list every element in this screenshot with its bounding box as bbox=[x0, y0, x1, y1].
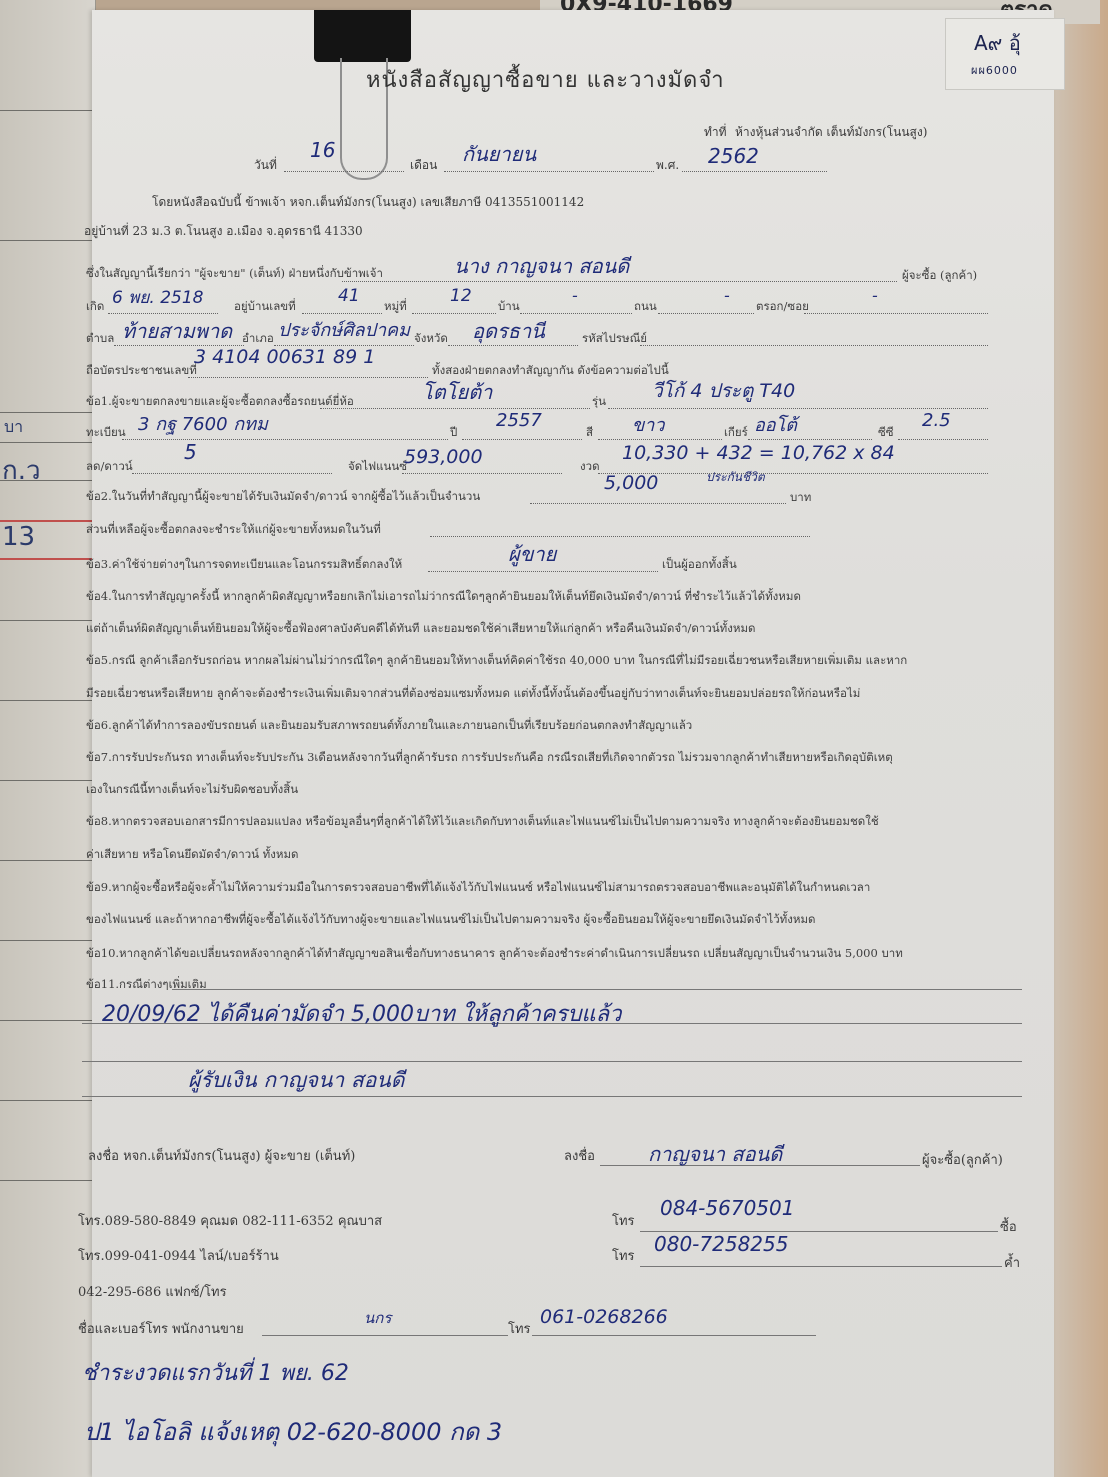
clause-line: ข้อ5.กรณี ลูกค้าเลือกรับรถก่อน หากผลไม่ผ… bbox=[86, 652, 907, 670]
clause1-down-value: 5 bbox=[184, 440, 197, 464]
clause1-year-label: ปี bbox=[450, 424, 457, 442]
buyer-intro-label: ซึ่งในสัญญานี้เรียกว่า "ผู้จะขาย" (เต็นท… bbox=[86, 265, 383, 283]
road-value: - bbox=[724, 286, 730, 305]
document-tag: A๙ อุ้ ผผ6000 bbox=[945, 18, 1065, 90]
day-value: 16 bbox=[310, 138, 335, 162]
first-installment-note: ชำระงวดแรกวันที่ 1 พย. 62 bbox=[82, 1355, 349, 1390]
clause3-suffix: เป็นผู้ออกทั้งสิ้น bbox=[662, 556, 737, 574]
clause-line: ข้อ10.หากลูกค้าได้ขอเปลี่ยนรถหลังจากลูกค… bbox=[86, 945, 903, 963]
clause1-gear-label: เกียร์ bbox=[724, 424, 748, 442]
id-value: 3 4104 00631 89 1 bbox=[194, 346, 375, 368]
handwritten-note-refund: 20/09/62 ได้คืนค่ามัดจำ 5,000บาท ให้ลูกค… bbox=[102, 996, 621, 1031]
year-value: 2562 bbox=[708, 144, 759, 168]
clause2-unit: บาท bbox=[790, 489, 811, 507]
guarantor-phone-label: โทร bbox=[612, 1245, 635, 1266]
soi-value: - bbox=[872, 286, 878, 305]
binder-clip bbox=[314, 10, 411, 62]
clause-line: ข้อ11.กรณีต่างๆเพิ่มเติม bbox=[86, 976, 207, 994]
buyer-signature-prefix: ลงชื่อ bbox=[564, 1145, 595, 1166]
clause-line: ของไฟแนนซ์ และถ้าหากอาชีพที่ผู้จะซื้อได้… bbox=[86, 911, 816, 929]
left-scribble-2: ก.ว bbox=[2, 450, 41, 491]
clause-line: มีรอยเฉี่ยวชนหรือเสียหาย ลูกค้าจะต้องชำร… bbox=[86, 685, 860, 703]
handwritten-note-receiver: ผู้รับเงิน กาญจนา สอนดี bbox=[188, 1064, 404, 1097]
clause1-gear-value: ออโต้ bbox=[754, 410, 797, 439]
buyer-role-label: ผู้จะซื้อ (ลูกค้า) bbox=[902, 267, 977, 285]
road-label: ถนน bbox=[634, 298, 657, 316]
postcode-label: รหัสไปรษณีย์ bbox=[582, 330, 647, 348]
address-line: อยู่บ้านที่ 23 ม.3 ต.โนนสูง อ.เมือง จ.อุ… bbox=[84, 222, 363, 241]
salesperson-label: ชื่อและเบอร์โทร พนักงานขาย bbox=[78, 1318, 244, 1339]
contact-line-2: โทร.099-041-0944 ไลน์/เบอร์ร้าน bbox=[78, 1245, 279, 1266]
clause1-finance-value: 593,000 bbox=[404, 446, 483, 468]
birth-label: เกิด bbox=[86, 298, 104, 316]
tag-code: A๙ อุ้ bbox=[974, 27, 1021, 59]
left-scribble-1: บา bbox=[4, 415, 23, 440]
contact-line-1: โทร.089-580-8849 คุณมด 082-111-6352 คุณบ… bbox=[78, 1210, 382, 1231]
clause2-text: ข้อ2.ในวันที่ทำสัญญานี้ผู้จะขายได้รับเงิ… bbox=[86, 488, 480, 506]
clause1-installment-note: ประกันชีวิต bbox=[706, 468, 765, 487]
left-scribble-3: 13 bbox=[2, 522, 35, 552]
moo-value: 12 bbox=[450, 286, 472, 306]
contact-line-3: 042-295-686 แฟกซ์/โทร bbox=[78, 1281, 227, 1302]
clause1-cc-label: ซีซี bbox=[878, 424, 894, 442]
clause1-installment-label: งวด bbox=[580, 458, 600, 476]
tag-number: ผผ6000 bbox=[971, 61, 1018, 79]
salesperson-phone-label: โทร bbox=[508, 1318, 531, 1339]
place-label: ทำที่ bbox=[704, 123, 727, 142]
clause1-down-label: ลด/ดาวน์ bbox=[86, 458, 133, 476]
clause1-color-label: สี bbox=[586, 424, 593, 442]
clause1-plate-label: ทะเบียน bbox=[86, 424, 126, 442]
buyer-name-value: นาง กาญจนา สอนดี bbox=[454, 250, 629, 282]
day-label: วันที่ bbox=[254, 156, 277, 175]
moo-label: หมู่ที่ bbox=[384, 298, 407, 316]
clause2-remaining-text: ส่วนที่เหลือผู้จะซื้อตกลงจะชำระให้แก่ผู้… bbox=[86, 521, 381, 539]
subdistrict-label: ตำบล bbox=[86, 330, 114, 348]
province-value: อุดรธานี bbox=[472, 315, 545, 347]
id-label: ถือบัตรประชาชนเลขที่ bbox=[86, 362, 197, 380]
seller-signature-label: ลงชื่อ หจก.เต็นท์มังกร(โนนสูง) ผู้จะขาย … bbox=[88, 1145, 355, 1166]
clause1-installment-value: 10,330 + 432 = 10,762 x 84 bbox=[622, 442, 895, 464]
clause1-plate-value: 3 กฐ 7600 กทม bbox=[138, 409, 268, 438]
clause-line: ข้อ8.หากตรวจสอบเอกสารมีการปลอมแปลง หรือข… bbox=[86, 813, 879, 831]
district-value: ประจักษ์ศิลปาคม bbox=[278, 315, 410, 344]
village-label: บ้าน bbox=[498, 298, 520, 316]
clause1-year-value: 2557 bbox=[496, 410, 542, 431]
clause-line: แต่ถ้าเต็นท์ผิดสัญญาเต็นท์ยินยอมให้ผู้จะ… bbox=[86, 620, 756, 638]
clause2-amount: 5,000 bbox=[604, 472, 658, 494]
clause-line: เองในกรณีนี้ทางเต็นท์จะไม่รับผิดชอบทั้งส… bbox=[86, 781, 298, 799]
buyer-phone-value: 084-5670501 bbox=[660, 1196, 794, 1220]
birth-value: 6 พย. 2518 bbox=[112, 284, 203, 311]
document-title: หนังสือสัญญาซื้อขาย และวางมัดจำ bbox=[366, 62, 725, 97]
province-label: จังหวัด bbox=[414, 330, 448, 348]
clause3-text: ข้อ3.ค่าใช้จ่ายต่างๆในการจดทะเบียนและโอน… bbox=[86, 556, 402, 574]
clause1-model-label: รุ่น bbox=[592, 393, 606, 411]
buyer-phone-label: โทร bbox=[612, 1210, 635, 1231]
buyer-signature-suffix: ผู้จะซื้อ(ลูกค้า) bbox=[922, 1149, 1003, 1170]
soi-label: ตรอก/ซอย bbox=[756, 298, 809, 316]
house-no-value: 41 bbox=[338, 286, 360, 306]
clause1-brand-value: โตโยต้า bbox=[422, 376, 492, 408]
clause1-color-value: ขาว bbox=[632, 410, 665, 439]
clause-line: ข้อ4.ในการทำสัญญาครั้งนี้ หากลูกค้าผิดสั… bbox=[86, 588, 801, 606]
village-value: - bbox=[572, 286, 578, 305]
clause3-value: ผู้ขาย bbox=[508, 538, 556, 570]
clause-line: ค่าเสียหาย หรือโดนยึดมัดจำ/ดาวน์ ทั้งหมด bbox=[86, 846, 299, 864]
subdistrict-value: ท้ายสามพาด bbox=[122, 315, 232, 347]
guarantor-phone-value: 080-7258255 bbox=[654, 1232, 788, 1256]
clause1-cc-value: 2.5 bbox=[922, 410, 951, 431]
guarantor-phone-suffix: ค้ำ bbox=[1004, 1252, 1020, 1273]
clause-line: ข้อ7.การรับประกันรถ ทางเต็นท์จะรับประกัน… bbox=[86, 749, 893, 767]
clause-line: ข้อ6.ลูกค้าได้ทำการลองขับรถยนต์ และยินยอ… bbox=[86, 717, 692, 735]
month-label: เดือน bbox=[410, 156, 437, 175]
clause1-finance-label: จัดไฟแนนซ์ bbox=[348, 458, 407, 476]
month-value: กันยายน bbox=[462, 138, 536, 170]
clause1-model-value: วีโก้ 4 ประตู T40 bbox=[652, 376, 795, 406]
salesperson-value: นกร bbox=[364, 1306, 391, 1330]
buyer-signature-value: กาญจนา สอนดี bbox=[648, 1138, 782, 1170]
salesperson-phone-value: 061-0268266 bbox=[540, 1306, 668, 1328]
intro-line: โดยหนังสือฉบับนี้ ข้าพเจ้า หจก.เต็นท์มัง… bbox=[152, 193, 584, 212]
year-label: พ.ศ. bbox=[656, 156, 679, 175]
place-value: ห้างหุ้นส่วนจำกัด เต็นท์มังกร(โนนสูง) bbox=[735, 123, 927, 142]
house-no-label: อยู่บ้านเลขที่ bbox=[234, 298, 296, 316]
buyer-phone-suffix: ซื้อ bbox=[1000, 1216, 1017, 1237]
clause-line: ข้อ9.หากผู้จะซื้อหรือผู้จะค้ำไม่ให้ความร… bbox=[86, 879, 870, 897]
contract-paper: หนังสือสัญญาซื้อขาย และวางมัดจำ ทำที่ ห้… bbox=[92, 10, 1054, 1477]
insurance-claim-note: ป1 ไอโอลิ แจ้งเหตุ 02-620-8000 กด 3 bbox=[84, 1412, 502, 1451]
